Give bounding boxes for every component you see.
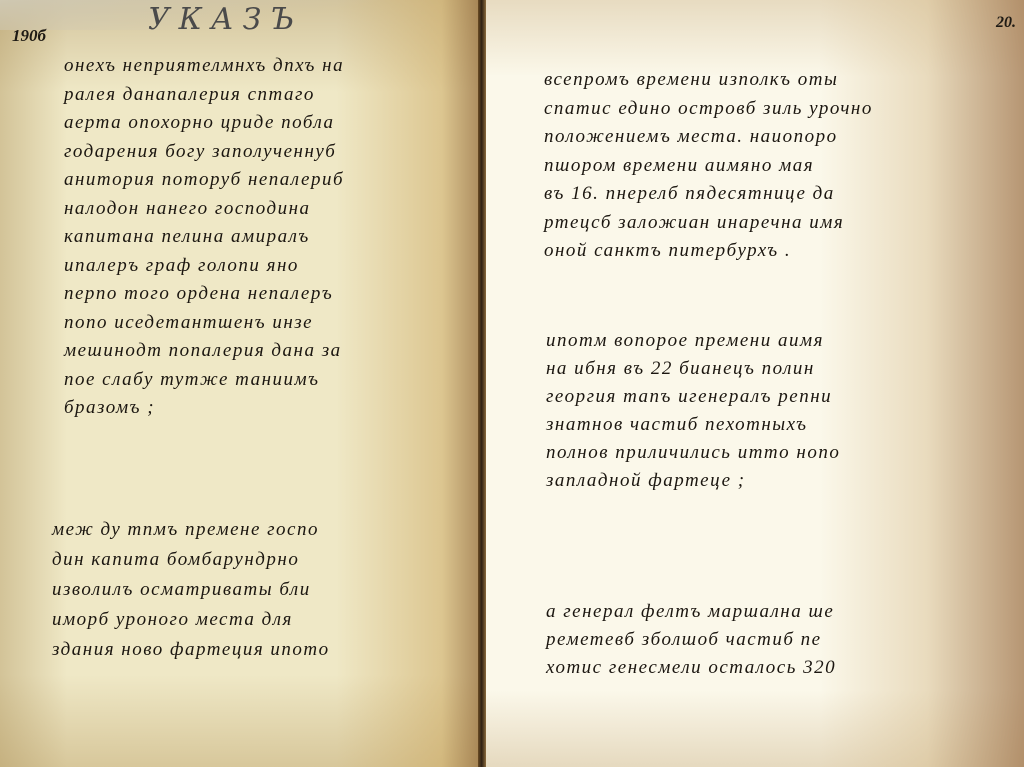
manuscript-line: бразомъ ; <box>64 394 344 423</box>
manuscript-line: попо иседетантшенъ инзе <box>64 309 344 338</box>
manuscript-line: оной санктъ питербурхъ . <box>544 237 873 266</box>
left-paragraph-2: меж ду тпмъ премене госпо дин капита бом… <box>52 515 330 665</box>
manuscript-line: пое слабу тутже таниимъ <box>64 366 344 395</box>
manuscript-line: ипалеръ граф голопи яно <box>64 252 344 281</box>
manuscript-line: ралея данапалерия сптаго <box>64 81 344 110</box>
manuscript-line: реметевб зболшоб частиб пе <box>546 626 836 654</box>
manuscript-line: годарения богу заполученнуб <box>64 138 344 167</box>
manuscript-line: капитана пелина амиралъ <box>64 223 344 252</box>
manuscript-line: дин капита бомбарундрно <box>52 545 330 575</box>
manuscript-line: иморб уроного места для <box>52 605 330 635</box>
manuscript-line: спатис едино островб зиль урочно <box>544 95 873 124</box>
folio-number-right: 20. <box>996 14 1016 32</box>
manuscript-line: положениемъ места. наиопоро <box>544 123 873 152</box>
manuscript-line: мешинодт попалерия дана за <box>64 337 344 366</box>
manuscript-line: налодон нанего господина <box>64 195 344 224</box>
manuscript-line: а генерал фелтъ маршална ше <box>546 598 836 626</box>
manuscript-line: ипотм вопорое премени аимя <box>546 327 840 355</box>
manuscript-line: здания ново фартеция ипото <box>52 635 330 665</box>
manuscript-line: запладной фартеце ; <box>546 467 840 495</box>
manuscript-line: знатнов частиб пехотныхъ <box>546 411 840 439</box>
manuscript-line: на ибня въ 22 бианецъ полин <box>546 355 840 383</box>
page-title: УКАЗЪ <box>148 2 303 37</box>
manuscript-line: всепромъ времени изполкъ оты <box>544 66 873 95</box>
manuscript-line: ртецсб заложиан инаречна имя <box>544 209 873 238</box>
manuscript-line: меж ду тпмъ премене госпо <box>52 515 330 545</box>
right-paragraph-1: всепромъ времени изполкъ оты спатис един… <box>544 66 873 266</box>
manuscript-line: георгия тапъ игенералъ репни <box>546 383 840 411</box>
manuscript-line: онехъ неприятелмнхъ дпхъ на <box>64 52 344 81</box>
manuscript-line: перпо того ордена непалеръ <box>64 280 344 309</box>
manuscript-line: изволилъ осматриваты бли <box>52 575 330 605</box>
right-paragraph-2: ипотм вопорое премени аимя на ибня въ 22… <box>546 327 840 495</box>
left-paragraph-1: онехъ неприятелмнхъ дпхъ на ралея данапа… <box>64 52 344 423</box>
manuscript-line: аерта опохорно цриде побла <box>64 109 344 138</box>
left-page: УКАЗЪ 190б онехъ неприятелмнхъ дпхъ на р… <box>0 0 480 767</box>
folio-number-left: 190б <box>12 26 46 46</box>
right-page: 20. всепромъ времени изполкъ оты спатис … <box>486 0 1024 767</box>
right-paragraph-3: а генерал фелтъ маршална ше реметевб збо… <box>546 598 836 682</box>
manuscript-line: полнов приличились итто нопо <box>546 439 840 467</box>
manuscript-line: анитория поторуб непалериб <box>64 166 344 195</box>
manuscript-line: пшором времени аимяно мая <box>544 152 873 181</box>
book-spine <box>478 0 486 767</box>
manuscript-line: въ 16. пнерелб пядесятнице да <box>544 180 873 209</box>
manuscript-line: хотис генесмели осталось 320 <box>546 654 836 682</box>
